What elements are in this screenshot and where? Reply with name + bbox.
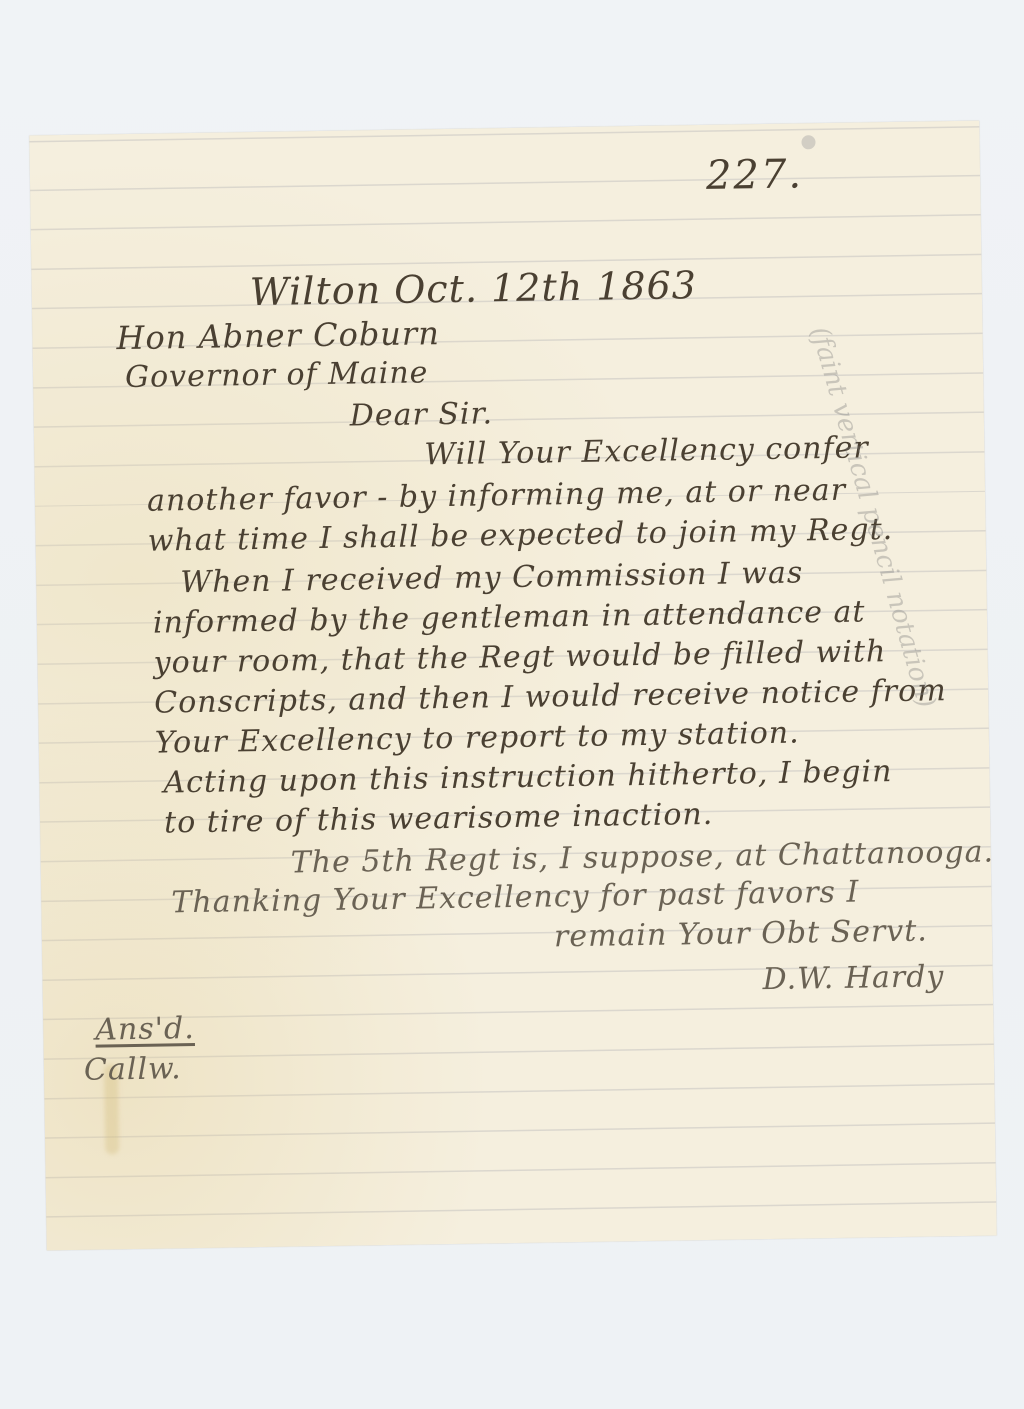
body-line-8: Your Excellency to report to my station. xyxy=(155,716,800,761)
body-line-7: Conscripts, and then I would receive not… xyxy=(154,673,947,720)
recipient-name: Hon Abner Coburn xyxy=(116,314,440,357)
pinhole-mark xyxy=(801,135,815,149)
body-line-3: what time I shall be expected to join my… xyxy=(147,512,893,559)
body-line-2: another favor - by informing me, at or n… xyxy=(147,473,846,519)
body-line-10: to tire of this wearisome inaction. xyxy=(164,797,714,841)
signature: D.W. Hardy xyxy=(762,959,944,997)
body-line-9: Acting upon this instruction hitherto, I… xyxy=(163,754,892,800)
body-line-1: Will Your Excellency confer xyxy=(424,430,869,472)
recipient-title: Governor of Maine xyxy=(125,355,429,395)
body-line-5: informed by the gentleman in attendance … xyxy=(153,594,866,640)
closing-line: remain Your Obt Servt. xyxy=(554,914,928,955)
salutation: Dear Sir. xyxy=(349,396,493,433)
body-line-11: The 5th Regt is, I suppose, at Chattanoo… xyxy=(290,834,994,880)
body-line-6: your room, that the Regt would be filled… xyxy=(153,634,886,681)
body-line-12: Thanking Your Excellency for past favors… xyxy=(171,875,859,921)
place-date-heading: Wilton Oct. 12th 1863 xyxy=(249,263,697,314)
letter-page: 227. Wilton Oct. 12th 1863 Hon Abner Cob… xyxy=(29,121,996,1251)
docket-note-second: Callw. xyxy=(84,1051,182,1088)
page-number: 227. xyxy=(706,151,804,199)
body-line-4: When I received my Commission I was xyxy=(180,555,803,600)
docket-note-answered: Ans'd. xyxy=(95,1011,195,1048)
